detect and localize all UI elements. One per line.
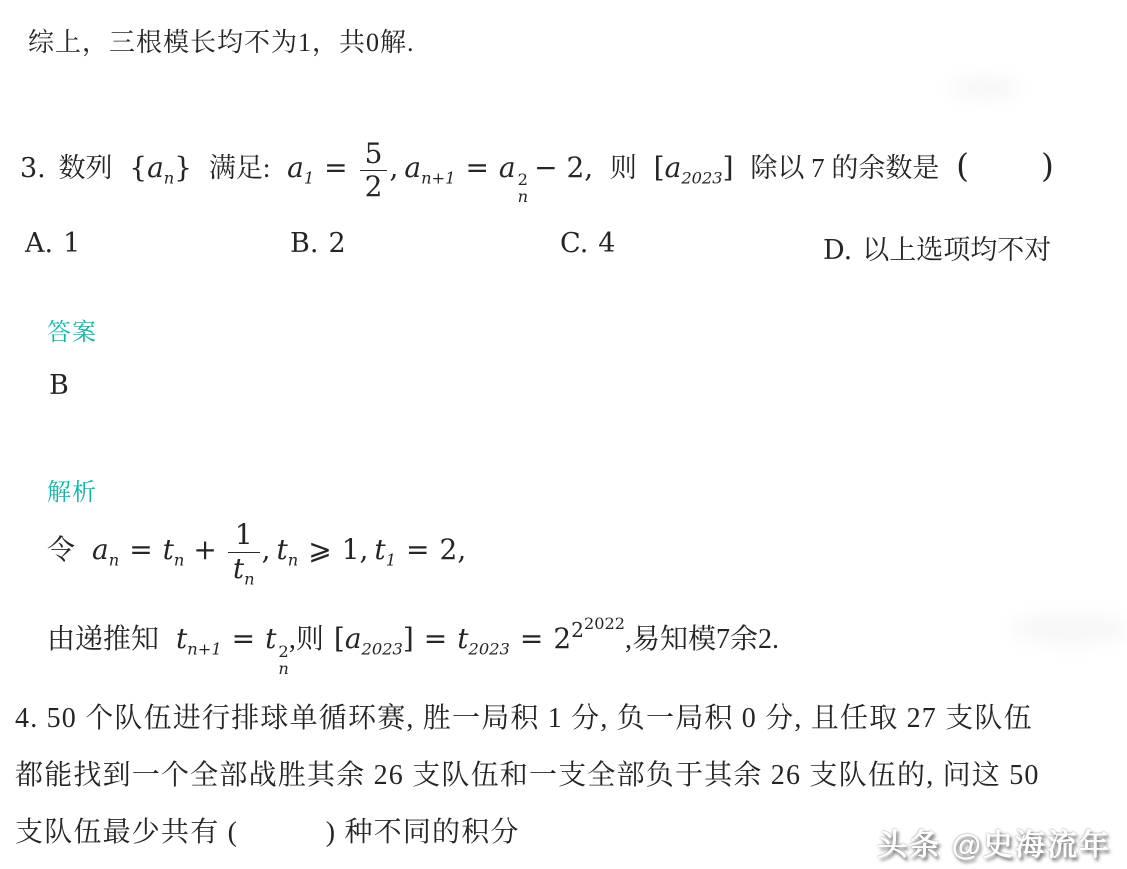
fraction-1-tn: 1tn	[228, 519, 260, 585]
problem-3-stem: 3. 数列 {an} 满足: a1=52,an+1=a2n− 2, 则 [a20…	[20, 118, 1054, 214]
sub-n1: n+1	[187, 640, 221, 659]
option-b: B.2	[290, 228, 346, 259]
comma: ,	[389, 151, 398, 184]
recurrence-word: 由递推知	[47, 624, 159, 655]
sub-n1: n+1	[421, 169, 455, 188]
var-an: a	[92, 533, 109, 566]
sub-n: n	[164, 169, 174, 188]
equals: =	[324, 151, 347, 184]
option-a-label: A.	[25, 228, 53, 259]
problem-3-tail: 除以 7 的余数是	[750, 153, 939, 183]
answer-heading: 答案	[47, 312, 97, 347]
problem-4-line-1: 4. 50 个队伍进行排球单循环赛, 胜一局积 1 分, 负一局积 0 分, 且…	[15, 696, 1033, 736]
summary-line: 综上，三根模长均不为1，共0解.	[28, 22, 415, 59]
brace-close: }	[174, 151, 192, 184]
equals: =	[232, 622, 255, 655]
sub-2023: 2023	[681, 169, 722, 188]
option-d-label: D.	[823, 235, 852, 266]
options-row: A.1 B.2 C.4 D.以上选项均不对	[0, 228, 1127, 270]
option-d: D.以上选项均不对	[823, 228, 1051, 267]
equals: =	[129, 533, 152, 566]
fraction-numerator: 5	[360, 138, 388, 170]
fraction-denominator: tn	[228, 552, 260, 586]
option-d-text: 以上选项均不对	[862, 235, 1051, 265]
var-t: t	[233, 552, 244, 585]
option-c: C.4	[560, 228, 615, 259]
fraction-5-2: 52	[360, 138, 388, 203]
var-a-next: a	[404, 151, 421, 184]
comma: ,	[262, 533, 271, 566]
sub-n: n	[278, 660, 288, 677]
brace-open: {	[129, 151, 147, 184]
scan-ghost-mark	[1010, 612, 1127, 646]
analysis-conclusion: ,易知模7余2.	[625, 624, 779, 655]
sub-2023: 2023	[362, 640, 403, 659]
var-t1: t	[374, 533, 385, 566]
option-b-label: B.	[290, 228, 318, 259]
var-t-next: t	[176, 622, 187, 655]
equals: =	[424, 622, 447, 655]
sub-n: n	[244, 569, 254, 588]
pow-base: 2	[553, 622, 571, 655]
pow-exp1-value: 2	[571, 618, 584, 642]
problem-4-line-2: 都能找到一个全部战胜其余 26 支队伍和一支全部负于其余 26 支队伍的, 问这…	[15, 753, 1040, 793]
problem-3-satisfies: 满足:	[209, 153, 271, 183]
pow-exp1: 22022	[571, 618, 625, 642]
answer-value: B	[49, 370, 69, 401]
var-a1: a	[287, 151, 304, 184]
let-word: 令	[47, 535, 75, 566]
geq-sign: ⩾	[308, 533, 331, 566]
fraction-numerator: 1	[228, 519, 260, 551]
equals: =	[520, 622, 543, 655]
analysis-line-1: 令 an=tn+1tn,tn⩾1,t1=2,	[47, 502, 466, 598]
problem-3-lead: 数列	[59, 153, 113, 183]
var-a-squared: a	[499, 151, 516, 184]
floor-a2023: [a2023]	[654, 153, 734, 184]
sub-1: 1	[386, 551, 396, 570]
var-t2023: t	[457, 622, 468, 655]
sub-1: 1	[304, 169, 314, 188]
sub-2023: 2023	[469, 640, 510, 659]
one-comma: 1,	[342, 533, 369, 566]
var-a2023: a	[345, 622, 362, 655]
option-a: A.1	[25, 228, 80, 259]
var-a: a	[147, 151, 164, 184]
analysis-line-2: 由递推知 tn+1=t2n,则[a2023]=t2023=222022,易知模7…	[47, 596, 779, 652]
sequence-notation: {an}	[129, 153, 192, 184]
sub-n: n	[109, 551, 119, 570]
supsub-stack: 2n	[278, 643, 288, 677]
equals: =	[406, 533, 429, 566]
blank-paren-close: )	[1041, 146, 1054, 185]
option-c-text: 4	[598, 228, 615, 259]
option-a-text: 1	[63, 228, 80, 259]
sub-n: n	[174, 551, 184, 570]
minus-two: − 2,	[534, 151, 593, 184]
plus: +	[193, 533, 216, 566]
bracket-close: ]	[403, 622, 414, 655]
sub-n: n	[288, 551, 298, 570]
fraction-denominator: 2	[360, 170, 388, 203]
option-c-label: C.	[560, 228, 588, 259]
bracket-open: [	[334, 622, 345, 655]
var-tn: t	[277, 533, 288, 566]
then-word: ,则	[289, 624, 324, 655]
sub-n: n	[518, 188, 528, 205]
blank-paren-open: (	[956, 146, 969, 185]
problem-3-then: 则	[610, 153, 637, 183]
two-comma: 2,	[440, 533, 467, 566]
equals: =	[465, 151, 488, 184]
bracket-open: [	[654, 151, 665, 184]
var-a2023: a	[665, 151, 682, 184]
bracket-close: ]	[723, 151, 734, 184]
sup-2: 2	[278, 643, 288, 660]
var-tn: t	[163, 533, 174, 566]
problem-4-line-3: 支队伍最少共有 ( ) 种不同的积分	[15, 810, 520, 850]
option-b-text: 2	[328, 228, 345, 259]
var-t-squared: t	[265, 622, 276, 655]
scan-ghost-mark	[950, 75, 1020, 101]
problem-3-number: 3.	[20, 153, 46, 184]
sup-2: 2	[518, 171, 528, 188]
power-tower: 222022	[553, 622, 625, 655]
toutiao-watermark: 头条 @史海流年	[877, 820, 1111, 864]
pow-exp2-value: 2022	[584, 614, 625, 633]
supsub-stack: 2n	[518, 171, 528, 205]
recurrence-formula: a1=52,an+1=a2n− 2,	[287, 153, 593, 184]
